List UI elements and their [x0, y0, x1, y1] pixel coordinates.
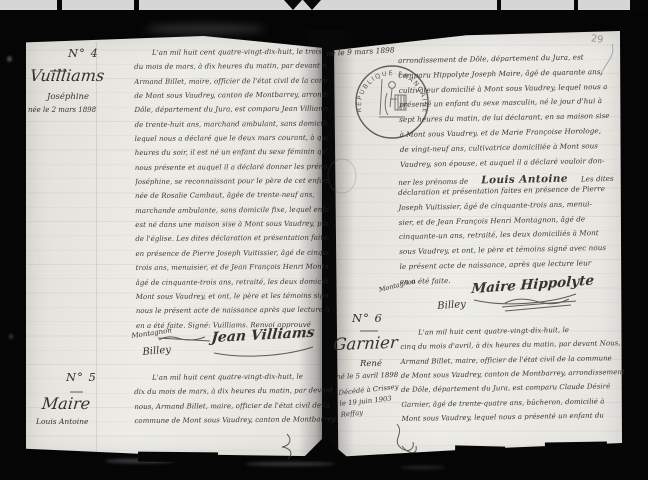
entry-6-death-note: Décédé à Crisseyle 19 juin 1903Reffay [338, 382, 401, 421]
handwritten-line: L'an mil huit cent quatre-vingt-dix-huit… [152, 45, 327, 61]
handwritten-line: heures du soir, il est né un enfant du s… [135, 145, 328, 161]
handwritten-line: lequel nous a déclaré que le deux mars c… [135, 131, 328, 147]
handwritten-line: Joséphine, se reconnaissant pour le père… [135, 174, 328, 190]
handwritten-line: âgé de cinquante-trois ans, retraité, le… [136, 274, 329, 290]
film-arrow-icon [284, 0, 302, 10]
entry-4-number: N° 4 [68, 46, 99, 60]
film-strip [0, 0, 648, 10]
entry-4-surname: Vuilliams [29, 66, 105, 85]
handwritten-line: est né dans une maison sise à Mont sous … [135, 217, 328, 233]
handwritten-line: de l'église. Les dites déclaration et pr… [135, 231, 328, 247]
act-5-text-left: L'an mil huit cent quatre-vingt-dix-huit… [134, 369, 327, 428]
page-edge-notch [455, 445, 505, 460]
signature-mayor-right: Billey [437, 299, 466, 312]
handwritten-line: en présence de Pierre Joseph Vuitissier,… [135, 245, 328, 261]
handwritten-line: nous présente et auquel il a déclaré don… [135, 159, 328, 175]
handwritten-line: L'an mil huit cent quatre-vingt-dix-huit… [152, 369, 327, 385]
handwritten-line: de trente-huit ans, marchand ambulant, s… [135, 116, 328, 132]
page-edge-notch [138, 452, 218, 463]
act-5-text-right-a: arrondissement de Dôle, département du J… [398, 50, 624, 173]
film-frame-mark [134, 0, 139, 10]
entry-6-surname: Garnier [333, 333, 399, 354]
entry-6-number: N° 6 [352, 311, 383, 325]
page-number-pencil: 29 [590, 33, 604, 46]
handwritten-line: dix du mois de mars, à dix heures du mat… [134, 384, 327, 400]
handwritten-line: Armand Billet, maire, officier de l'état… [134, 73, 327, 89]
entry-6-firstname: René [360, 359, 382, 369]
entry-5-surname: Maire [41, 394, 91, 413]
scan-speck [7, 56, 12, 62]
handwritten-line: nous le présent acte de naissance après … [136, 303, 329, 319]
film-frame-mark [497, 0, 501, 10]
act-6-text: L'an mil huit cent quatre-vingt-dix-huit… [400, 322, 623, 426]
handwritten-line: Mont sous Vaudrey, et ont, le père et le… [136, 288, 329, 304]
act-4-text: L'an mil huit cent quatre-vingt-dix-huit… [134, 45, 329, 338]
film-frame-mark [57, 0, 62, 10]
film-frame-mark [574, 0, 578, 10]
page-edge-notch [545, 441, 607, 458]
handwritten-line: marchande ambulante, sans domicile fixe,… [135, 202, 328, 218]
handwritten-line: commune de Mont sous Vaudrey, canton de … [134, 412, 327, 428]
handwritten-line: trois ans, menuisier, et de Jean Françoi… [136, 260, 329, 276]
margin-rule [96, 42, 97, 452]
entry-5-firstname: Louis Antoine [36, 417, 88, 426]
film-arrow-icon [303, 0, 321, 10]
handwritten-line: de Mont sous Vaudrey, canton de Montbarr… [134, 88, 327, 104]
handwritten-line: née de Rosalie Cambaut, âgée de trente-n… [135, 188, 328, 204]
entry-4-firstname: Joséphine [47, 92, 89, 102]
scan-speck [9, 334, 13, 339]
microfilm-register-scan: N° 4 Vuilliams Joséphine née le 2 mars 1… [0, 0, 648, 480]
scan-smudge [145, 24, 265, 34]
scan-smudge [245, 462, 335, 466]
handwritten-line: du mois de mars, à dix heures du matin, … [134, 59, 327, 75]
scan-smudge [400, 466, 445, 469]
film-frame-mark [630, 0, 648, 10]
entry-5-number: N° 5 [66, 370, 97, 384]
handwritten-line: Dôle, département du Jura, est comparu J… [134, 102, 327, 118]
entry-4-birth-note: née le 2 mars 1898 [28, 106, 96, 114]
